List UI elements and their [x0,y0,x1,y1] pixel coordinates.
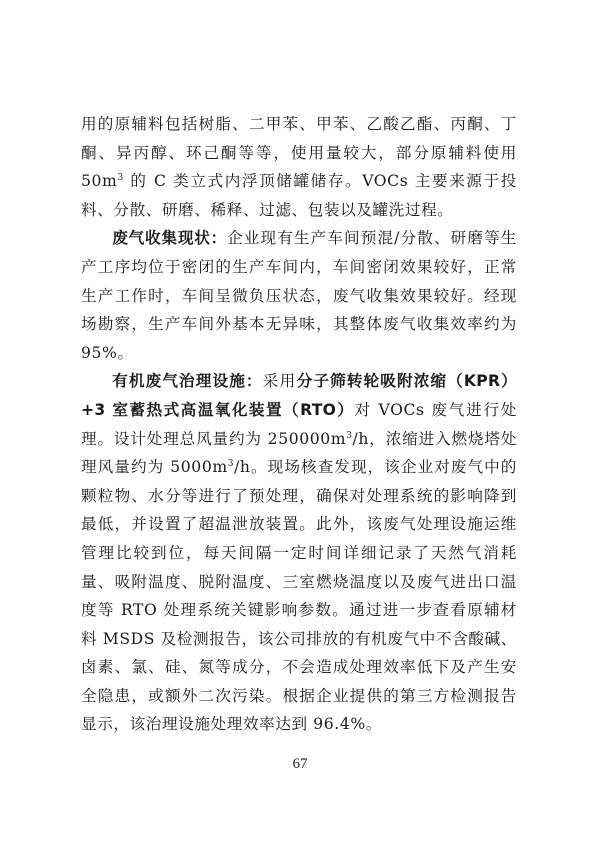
text-run: /h。现场核查发现，该企业对废气中的颗粒物、水分等进行了预处理，确保对处理系统的… [81,458,517,733]
paragraph-treatment-facility: 有机废气治理设施：采用分子筛转轮吸附浓缩（KPR）+3 室蓄热式高温氧化装置（R… [81,367,517,739]
document-page: 用的原辅料包括树脂、二甲苯、甲苯、乙酸乙酯、丙酮、丁酮、异丙醇、环己酮等等，使用… [0,0,600,848]
text-run: 企业现有生产车间预混/分散、研磨等生产工序均位于密闭的生产车间内，车间密闭效果较… [81,229,517,361]
paragraph-raw-materials: 用的原辅料包括树脂、二甲苯、甲苯、乙酸乙酯、丙酮、丁酮、异丙醇、环己酮等等，使用… [81,110,517,224]
page-body: 用的原辅料包括树脂、二甲苯、甲苯、乙酸乙酯、丙酮、丁酮、异丙醇、环己酮等等，使用… [81,110,517,739]
section-heading-collection-status: 废气收集现状： [112,229,227,247]
section-heading-treatment-facility: 有机废气治理设施： [112,372,262,390]
text-run: 的 C 类立式内浮顶储罐储存。VOCs 主要来源于投料、分散、研磨、稀释、过滤、… [81,172,517,219]
text-run: 采用 [263,372,297,390]
page-number: 67 [0,756,600,773]
paragraph-collection-status: 废气收集现状：企业现有生产车间预混/分散、研磨等生产工序均位于密闭的生产车间内，… [81,224,517,367]
